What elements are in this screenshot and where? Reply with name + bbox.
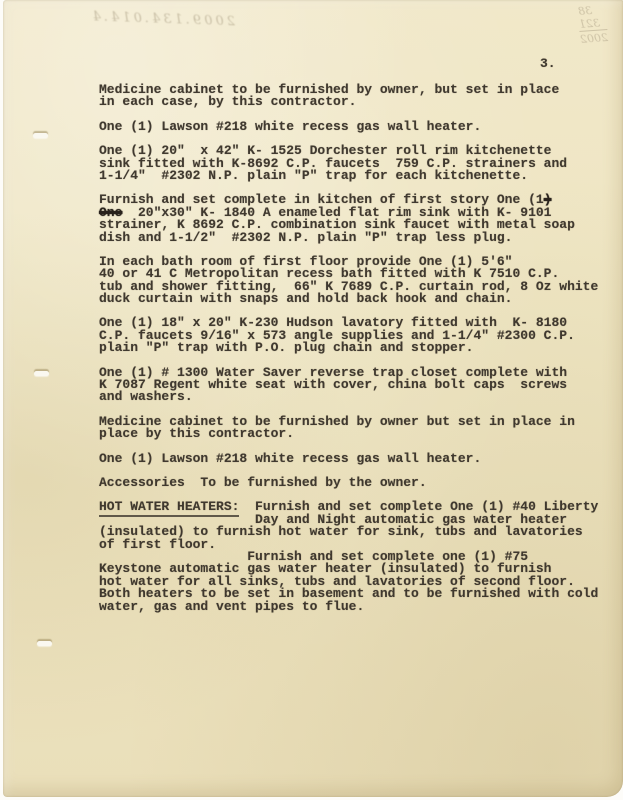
text-line: One (1) Lawson #218 white recess gas wal… bbox=[99, 453, 619, 465]
paragraph: Furnish and set complete in kitchen of f… bbox=[99, 194, 619, 244]
paragraph: One (1) # 1300 Water Saver reverse trap … bbox=[99, 367, 619, 404]
text-line: Accessories To be furnished by the owner… bbox=[99, 477, 619, 489]
paragraph: One (1) Lawson #218 white recess gas wal… bbox=[99, 453, 619, 465]
pencil-arithmetic-marks: 38 321 2002 bbox=[578, 3, 609, 46]
text-line: in each case, by this contractor. bbox=[99, 96, 619, 108]
pencil-mark: 2002 bbox=[579, 29, 608, 46]
paper-sheet: 2009.134.014.4 38 321 2002 3. Medicine c… bbox=[3, 0, 623, 797]
punch-hole bbox=[33, 133, 48, 138]
text-line: place by this contractor. bbox=[99, 428, 619, 440]
page-number: 3. bbox=[540, 56, 556, 71]
text-line: dish and 1-1/2" #2302 N.P. plain "P" tra… bbox=[99, 232, 619, 244]
document-body: Medicine cabinet to be furnished by owne… bbox=[99, 84, 619, 613]
text-line: One (1) Lawson #218 white recess gas wal… bbox=[99, 121, 619, 133]
text-line: and washers. bbox=[99, 391, 619, 403]
paragraph: One (1) Lawson #218 white recess gas wal… bbox=[99, 121, 619, 133]
punch-hole bbox=[34, 371, 49, 376]
scanned-document: 2009.134.014.4 38 321 2002 3. Medicine c… bbox=[0, 0, 623, 800]
paragraph: Accessories To be furnished by the owner… bbox=[99, 477, 619, 489]
text-line: water, gas and vent pipes to flue. bbox=[99, 601, 619, 613]
paragraph: One (1) 18" x 20" K-230 Hudson lavatory … bbox=[99, 317, 619, 354]
paragraph: One (1) 20" x 42" K- 1525 Dorchester rol… bbox=[99, 145, 619, 182]
text-line: plain "P" trap with P.O. plug chain and … bbox=[99, 342, 619, 354]
paragraph: Medicine cabinet to be furnished by owne… bbox=[99, 84, 619, 109]
paragraph: HOT WATER HEATERS: Furnish and set compl… bbox=[99, 501, 619, 613]
paragraph: Medicine cabinet to be furnished by owne… bbox=[99, 416, 619, 441]
text-line: duck curtain with snaps and hold back ho… bbox=[99, 293, 619, 305]
text-line: 1-1/4" #2302 N.P. plain "P" trap for eac… bbox=[99, 170, 619, 182]
paragraph: In each bath room of first floor provide… bbox=[99, 256, 619, 306]
pencil-bleed-through-text: 2009.134.014.4 bbox=[45, 8, 235, 30]
punch-hole bbox=[37, 641, 52, 646]
